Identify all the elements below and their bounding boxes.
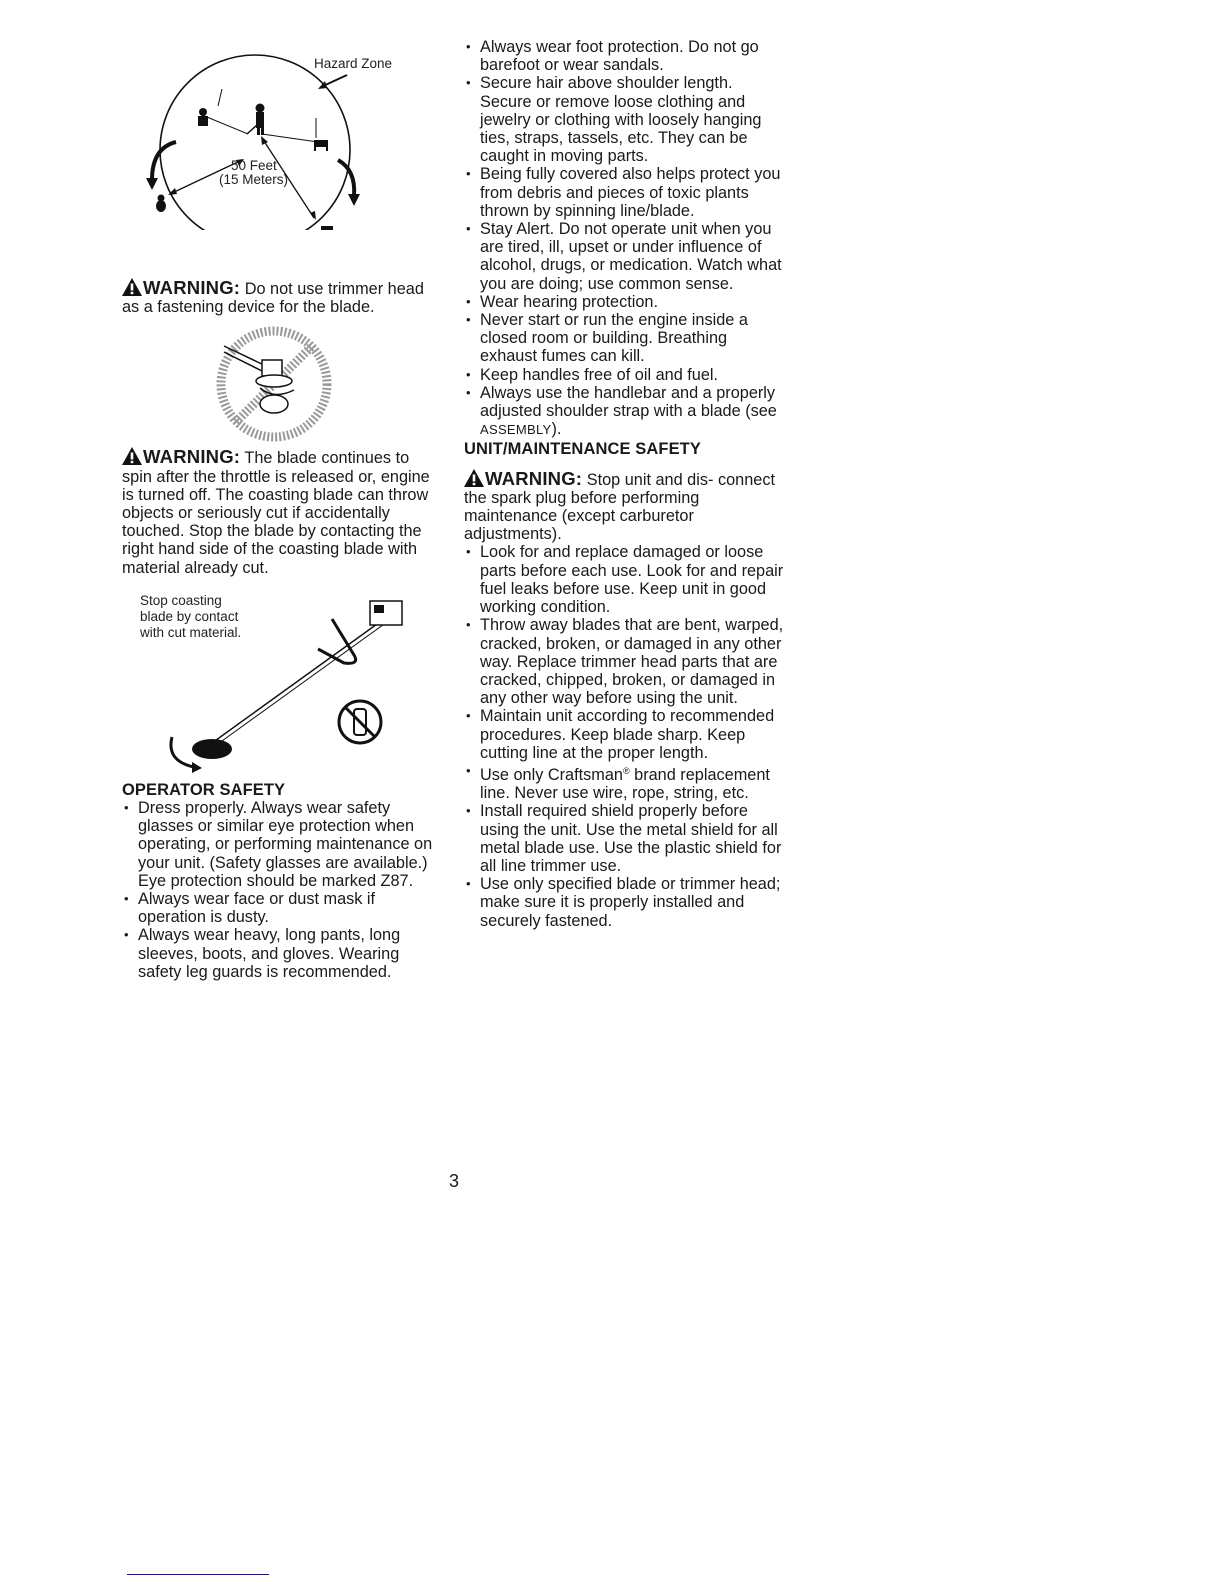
- warning-blade-coasting: WARNING: The blade continues to spin aft…: [122, 447, 442, 576]
- trimmer-coasting-illustration-icon: [122, 591, 432, 779]
- registered-mark: ®: [623, 766, 630, 776]
- list-item: Wear hearing protection.: [464, 293, 784, 311]
- list-item: Secure hair above shoulder length. Secur…: [464, 74, 784, 165]
- list-item: Use only specified blade or trimmer head…: [464, 875, 784, 930]
- list-item: Never start or run the engine inside a c…: [464, 311, 784, 366]
- no-trimmer-head-fastening-figure: [122, 322, 432, 447]
- list-item: Maintain unit according to recommended p…: [464, 707, 784, 762]
- warning-text-first: Stop unit and dis-: [587, 471, 714, 489]
- list-item: Dress properly. Always wear safety glass…: [122, 799, 442, 890]
- prohibited-trimmer-head-icon: [214, 326, 334, 444]
- assembly-reference: ASSEMBLY: [480, 422, 552, 437]
- warning-label: WARNING:: [485, 468, 582, 489]
- list-item: Always wear face or dust mask if operati…: [122, 890, 442, 926]
- handlebar-text: Always use the handlebar and a properly …: [480, 384, 777, 420]
- list-item-handlebar: Always use the handlebar and a properly …: [464, 384, 784, 440]
- list-item: Look for and replace damaged or loose pa…: [464, 543, 784, 616]
- warning-spark-plug: WARNING: Stop unit and dis- connect the …: [464, 469, 784, 544]
- list-item: Always wear foot protection. Do not go b…: [464, 38, 784, 74]
- list-item: Always wear heavy, long pants, long slee…: [122, 926, 442, 981]
- list-item-craftsman: Use only Craftsman® brand replacement li…: [464, 762, 784, 802]
- page-number: 3: [449, 1171, 459, 1192]
- warning-triangle-icon: [464, 469, 484, 487]
- warning-trimmer-head: WARNING: Do not use trimmer head as a fa…: [122, 278, 442, 316]
- distance-feet-label: 50 Feet: [231, 158, 277, 173]
- warning-triangle-icon: [122, 278, 142, 296]
- hazard-zone-label: Hazard Zone: [314, 56, 392, 71]
- warning-text-rest: to spin after the throttle is released o…: [122, 449, 430, 576]
- distance-meters-label: (15 Meters): [219, 172, 288, 187]
- unit-maintenance-list: Look for and replace damaged or loose pa…: [464, 543, 784, 929]
- list-item: Install required shield properly before …: [464, 802, 784, 875]
- operator-safety-list: Dress properly. Always wear safety glass…: [122, 799, 442, 981]
- operator-safety-list-continued: Always wear foot protection. Do not go b…: [464, 38, 784, 439]
- list-item: Throw away blades that are bent, warped,…: [464, 616, 784, 707]
- list-item: Being fully covered also helps protect y…: [464, 165, 784, 220]
- operator-safety-heading: OPERATOR SAFETY: [122, 781, 442, 799]
- warning-text-first: The blade continues: [244, 449, 391, 467]
- unit-maintenance-safety-heading: UNIT/MAINTENANCE SAFETY: [464, 440, 784, 458]
- hazard-zone-figure: Hazard Zone 50 Feet (15 Meters): [122, 30, 432, 230]
- list-item: Stay Alert. Do not operate unit when you…: [464, 220, 784, 293]
- footer-rule: [127, 1574, 269, 1575]
- warning-label: WARNING:: [143, 277, 240, 298]
- craftsman-text-before: Use only Craftsman: [480, 766, 623, 784]
- warning-triangle-icon: [122, 447, 142, 465]
- warning-text-first: Do not use trimmer: [245, 280, 383, 298]
- list-item: Keep handles free of oil and fuel.: [464, 366, 784, 384]
- left-column: Hazard Zone 50 Feet (15 Meters) WARNING:…: [122, 30, 442, 981]
- coasting-blade-figure: Stop coasting blade by contact with cut …: [122, 591, 432, 779]
- handlebar-tail: ).: [552, 420, 562, 438]
- right-column: Always wear foot protection. Do not go b…: [464, 38, 784, 930]
- warning-label: WARNING:: [143, 446, 240, 467]
